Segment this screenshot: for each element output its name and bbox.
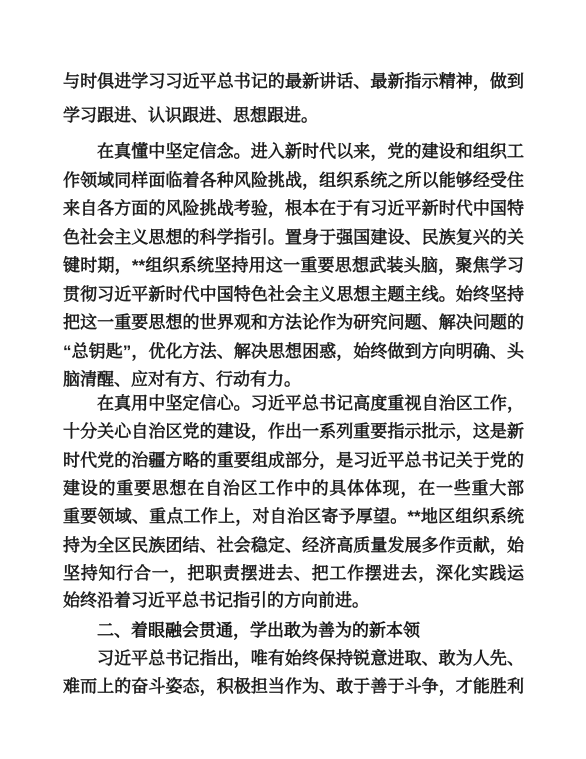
text-line: 重要领域、重点工作上，对自治区寄予厚望。**地区组织系统坚 [63, 505, 524, 531]
text-line: 持为全区民族团结、社会稳定、经济高质量发展多作贡献，始终 [63, 534, 524, 560]
text-line: 来自各方面的风险挑战考验，根本在于有习近平新时代中国特 [63, 197, 524, 223]
text-line: 在真懂中坚定信念。进入新时代以来，党的建设和组织工 [97, 140, 524, 166]
section-heading: 二、着眼融会贯通，学出敢为善为的新本领 [97, 619, 524, 645]
text-line: 坚持知行合一，把职责摆进去、把工作摆进去，深化实践运用， [63, 562, 524, 588]
text-line: 十分关心自治区党的建设，作出一系列重要指示批示，这是新 [63, 420, 524, 446]
text-line: 脑清醒、应对有方、行动有力。 [63, 368, 524, 394]
text-line: 习近平总书记指出，唯有始终保持锐意进取、敢为人先、迎 [97, 647, 524, 673]
text-line: 色社会主义思想的科学指引。置身于强国建设、民族复兴的关 [63, 226, 524, 252]
text-line: 作领域同样面临着各种风险挑战，组织系统之所以能够经受住 [63, 169, 524, 195]
text-line: 贯彻习近平新时代中国特色社会主义思想主题主线。始终坚持 [63, 283, 524, 309]
text-line: 时代党的治疆方略的重要组成部分，是习近平总书记关于党的 [63, 449, 524, 475]
text-line: 键时期，**组织系统坚持用这一重要思想武装头脑，聚焦学习 [63, 254, 524, 280]
text-line: 建设的重要思想在自治区工作中的具体体现，在一些重大部署、 [63, 477, 524, 503]
text-line: “总钥匙”，优化方法、解决思想困惑，始终做到方向明确、头 [63, 340, 524, 366]
text-line: 学习跟进、认识跟进、思想跟进。 [63, 104, 524, 130]
text-line: 在真用中坚定信心。习近平总书记高度重视自治区工作， [97, 392, 524, 418]
text-line: 始终沿着习近平总书记指引的方向前进。 [63, 589, 524, 615]
text-line: 难而上的奋斗姿态，积极担当作为、敢于善于斗争，才能胜利推 [63, 675, 524, 701]
document-page: 与时俱进学习习近平总书记的最新讲话、最新指示精神，做到 学习跟进、认识跟进、思想… [0, 0, 586, 759]
text-line: 把这一重要思想的世界观和方法论作为研究问题、解决问题的 [63, 311, 524, 337]
text-line: 与时俱进学习习近平总书记的最新讲话、最新指示精神，做到 [63, 70, 524, 96]
